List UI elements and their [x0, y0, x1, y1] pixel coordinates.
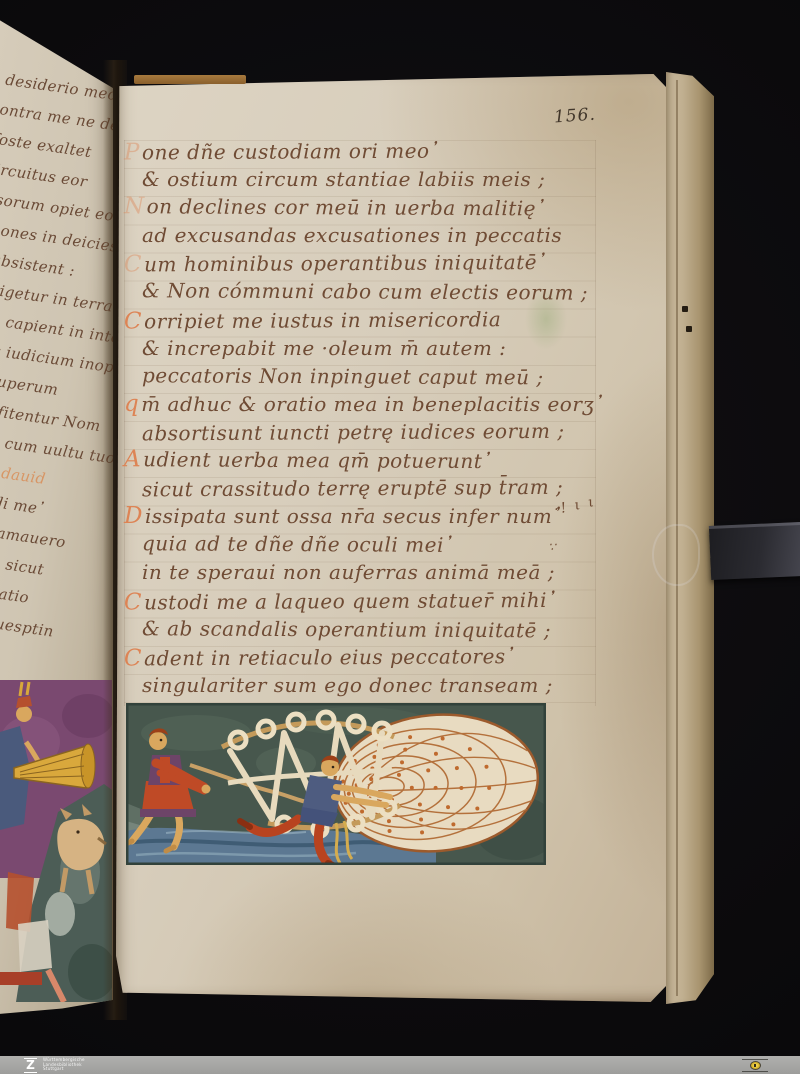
line-text: um hominibus operantibus iniquitatē᾿	[144, 250, 548, 276]
facing-page: rudas dñe desiderio meo; pecctauerunt co…	[0, 0, 113, 1074]
manuscript-line: Dissipata sunt ossa nr̄a secus infer num…	[124, 503, 624, 531]
manuscript-line: Corripiet me iustus in misericordia	[124, 305, 624, 336]
manuscript-line: qm̄ adhuc & oratio mea in beneplacitis e…	[124, 391, 624, 419]
manuscript-page: 156. Pone dñe custodiam ori meo᾿& ostium…	[116, 74, 673, 1002]
library-name: Württembergische Landesbibliothek Stuttg…	[43, 1058, 85, 1072]
line-text: peccatoris Non inpinguet caput meū ;	[142, 363, 544, 389]
line-text: one dñe custodiam ori meo᾿	[142, 139, 440, 165]
manuscript-line: & ab scandalis operantium iniquitatē ;	[124, 615, 624, 646]
line-text: & ab scandalis operantium iniquitatē ;	[142, 616, 551, 642]
manuscript-line: & Non cómmuni cabo cum electis eorum ;	[124, 278, 624, 309]
line-text: ad excusandas excusationes in peccatis	[142, 223, 562, 247]
line-text: issipata sunt ossa nr̄a secus infer num᾿	[145, 504, 563, 528]
manuscript-photo: rudas dñe desiderio meo; pecctauerunt co…	[0, 0, 800, 1074]
line-text: adent in retiaculo eius peccatores᾿	[144, 644, 516, 670]
text-block: Pone dñe custodiam ori meo᾿& ostium circ…	[124, 138, 624, 700]
line-text: orripiet me iustus in misericordia	[144, 307, 501, 333]
line-text: singulariter sum ego donec transeam ;	[142, 673, 553, 697]
manuscript-line: sicut crassitudo terrę eruptē sup t̄ram …	[124, 474, 624, 505]
library-name-line: Stuttgart	[43, 1067, 85, 1072]
line-initial: C	[124, 308, 144, 334]
line-text: quia ad te dñe dñe oculi mei᾿	[142, 532, 455, 558]
book-strap	[709, 522, 800, 580]
emblem-caption-bottom	[742, 1071, 768, 1072]
manuscript-line: Pone dñe custodiam ori meo᾿	[124, 136, 624, 167]
facing-page-miniature	[0, 672, 112, 1002]
line-text: in te speraui non auferras animā meā ;	[142, 560, 555, 584]
clasp-hole	[682, 306, 688, 312]
line-text: m̄ adhuc & oratio mea in beneplacitis eo…	[141, 392, 604, 416]
line-text: on declines cor meū in uerba malitię᾿	[147, 194, 547, 220]
manuscript-line: & increpabit me ·oleum m̄ autem :	[124, 335, 624, 363]
line-initial: N	[124, 193, 147, 219]
manuscript-line: peccatoris Non inpinguet caput meū ;	[124, 362, 624, 393]
margin-mark: ∵	[548, 540, 556, 554]
line-text: udient uerba mea qm̄ potuerunt᾿	[143, 447, 493, 473]
library-watermark: Z Württembergische Landesbibliothek Stut…	[24, 1058, 85, 1073]
line-initial: D	[124, 503, 145, 529]
manuscript-line: absortisunt iuncti petrę iudices eorum ;	[124, 417, 624, 448]
net-miniature	[126, 703, 546, 865]
strap-highlight	[709, 522, 800, 529]
manuscript-line: Non declines cor meū in uerba malitię᾿	[124, 193, 624, 224]
top-edge-strip	[134, 75, 246, 84]
emblem-caption-top	[742, 1059, 768, 1060]
manuscript-line: ad excusandas excusationes in peccatis	[124, 222, 624, 250]
line-initial: A	[124, 446, 143, 472]
line-initial: P	[124, 139, 142, 165]
manuscript-line: Cum hominibus operantibus iniquitatē᾿	[124, 249, 624, 280]
manuscript-line: in te speraui non auferras animā meā ;	[124, 559, 624, 587]
line-text: & ostium circum stantiae labiis meis ;	[142, 167, 545, 191]
manuscript-line: Custodi me a laqueo quem statuer̄ mihi᾿	[124, 586, 624, 617]
manuscript-line: Audient uerba mea qm̄ potuerunt᾿	[124, 446, 624, 477]
line-text: ustodi me a laqueo quem statuer̄ mihi᾿	[144, 587, 557, 614]
book-snake-tail	[652, 524, 700, 586]
line-text: absortisunt iuncti petrę iudices eorum ;	[142, 419, 565, 446]
footer-bar: Z Württembergische Landesbibliothek Stut…	[0, 1056, 800, 1074]
folio-number: 156.	[553, 105, 596, 128]
line-text: sicut crassitudo terrę eruptē sup t̄ram …	[142, 475, 563, 502]
line-text: & increpabit me ·oleum m̄ autem :	[142, 336, 506, 360]
facing-page-text: rudas dñe desiderio meo; pecctauerunt co…	[0, 53, 102, 643]
emblem-seal	[750, 1061, 761, 1070]
footer-emblem-icon	[738, 1058, 772, 1072]
manuscript-line: & ostium circum stantiae labiis meis ;	[124, 166, 624, 194]
line-initial: C	[124, 645, 144, 671]
clasp-hole	[686, 326, 692, 332]
manuscript-line: Cadent in retiaculo eius peccatores᾿	[124, 642, 624, 673]
manuscript-line: singulariter sum ego donec transeam ;	[124, 672, 624, 700]
line-initial: C	[124, 589, 144, 615]
line-initial: C	[124, 252, 144, 278]
library-logo-icon: Z	[24, 1058, 37, 1073]
line-text: & Non cómmuni cabo cum electis eorum ;	[142, 279, 588, 305]
line-initial: q	[124, 391, 141, 417]
